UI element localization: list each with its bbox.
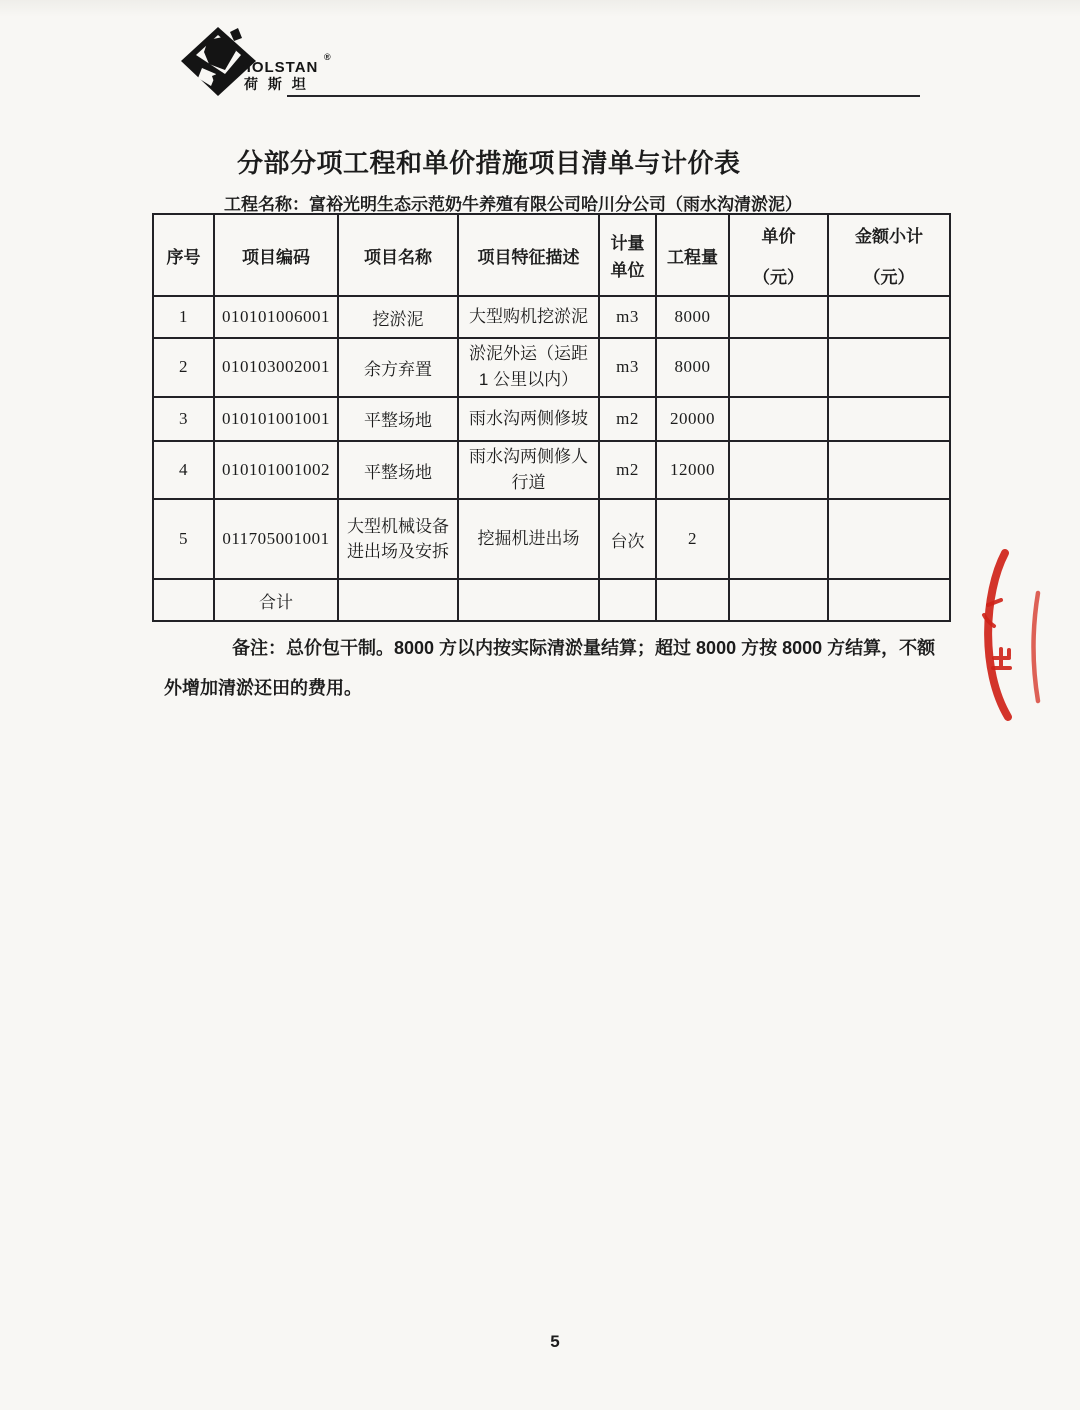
cell-subtotal: [828, 397, 950, 441]
cell-seq: 4: [153, 441, 214, 500]
cell-item-code: 010103002001: [214, 338, 338, 397]
cell-item-name: 大型机械设备进出场及安拆: [338, 499, 458, 579]
cell-unit: m3: [599, 296, 656, 338]
cell-seq: 5: [153, 499, 214, 579]
logo-registered-mark: ®: [324, 52, 331, 62]
cell-unit: m2: [599, 441, 656, 500]
cell-item-name: [338, 579, 458, 621]
remarks-line-1: 备注：总价包干制。8000 方以内按实际清淤量结算；超过 8000 方按 800…: [164, 628, 964, 668]
table-header-row: 序号 项目编码 项目名称 项目特征描述 计量单位 工程量 单价（元） 金额小计（…: [153, 214, 950, 296]
cell-item-name: 挖淤泥: [338, 296, 458, 338]
holstan-logo: HOLSTAN ® 荷 斯 坦: [178, 24, 398, 102]
table-row: 3 010101001001 平整场地 雨水沟两侧修坡 m2 20000: [153, 397, 950, 441]
page-number: 5: [0, 1332, 1080, 1352]
scanned-document-page: HOLSTAN ® 荷 斯 坦 分部分项工程和单价措施项目清单与计价表 工程名称…: [0, 0, 1080, 1410]
table-row: 5 011705001001 大型机械设备进出场及安拆 挖掘机进出场 台次 2: [153, 499, 950, 579]
cell-subtotal: [828, 296, 950, 338]
col-header-item-name: 项目名称: [338, 214, 458, 296]
cell-item-name: 平整场地: [338, 397, 458, 441]
logo-brand-text: HOLSTAN: [240, 59, 318, 76]
col-header-quantity: 工程量: [656, 214, 729, 296]
table-row: 2 010103002001 余方弃置 淤泥外运（运距 1 公里以内） m3 8…: [153, 338, 950, 397]
project-name-label: 工程名称：: [224, 195, 309, 214]
col-header-feature-desc: 项目特征描述: [458, 214, 599, 296]
cell-quantity: 2: [656, 499, 729, 579]
col-header-subtotal: 金额小计（元）: [828, 214, 950, 296]
logo-chinese-text: 荷 斯 坦: [244, 76, 309, 92]
cell-subtotal: [828, 338, 950, 397]
col-header-unit: 计量单位: [599, 214, 656, 296]
cell-unit: [599, 579, 656, 621]
cell-unit-price: [729, 338, 828, 397]
document-title: 分部分项工程和单价措施项目清单与计价表: [237, 143, 741, 180]
cell-subtotal: [828, 499, 950, 579]
cell-seq: 3: [153, 397, 214, 441]
cell-unit-price: [729, 579, 828, 621]
table-total-row: 合计: [153, 579, 950, 621]
cell-quantity: 12000: [656, 441, 729, 500]
cell-feature-desc: 大型购机挖淤泥: [458, 296, 599, 338]
cell-item-name: 平整场地: [338, 441, 458, 500]
cell-item-name: 余方弃置: [338, 338, 458, 397]
cell-subtotal: [828, 441, 950, 500]
cell-item-code: 011705001001: [214, 499, 338, 579]
cell-feature-desc: 挖掘机进出场: [458, 499, 599, 579]
cell-unit-price: [729, 296, 828, 338]
cell-quantity: [656, 579, 729, 621]
cell-total-label: 合计: [214, 579, 338, 621]
boq-pricing-table: 序号 项目编码 项目名称 项目特征描述 计量单位 工程量 单价（元） 金额小计（…: [152, 213, 951, 622]
cell-unit-price: [729, 397, 828, 441]
cell-subtotal: [828, 579, 950, 621]
project-name-line: 工程名称：富裕光明生态示范奶牛养殖有限公司哈川分公司（雨水沟清淤泥）: [224, 190, 802, 215]
cell-seq: 1: [153, 296, 214, 338]
cell-quantity: 8000: [656, 296, 729, 338]
cell-feature-desc: 雨水沟两侧修人行道: [458, 441, 599, 500]
project-name-value: 富裕光明生态示范奶牛养殖有限公司哈川分公司（雨水沟清淤泥）: [309, 195, 802, 214]
cell-item-code: 010101001002: [214, 441, 338, 500]
col-header-item-code: 项目编码: [214, 214, 338, 296]
remarks-line-2: 外增加清淤还田的费用。: [164, 668, 964, 708]
cell-seq: 2: [153, 338, 214, 397]
cell-quantity: 20000: [656, 397, 729, 441]
cell-unit: m3: [599, 338, 656, 397]
cell-unit-price: [729, 441, 828, 500]
letterhead-divider: [287, 95, 920, 97]
col-header-seq: 序号: [153, 214, 214, 296]
cell-seq: [153, 579, 214, 621]
red-seal-stamp-icon: [963, 545, 1058, 725]
cell-quantity: 8000: [656, 338, 729, 397]
cell-unit-price: [729, 499, 828, 579]
table-row: 1 010101006001 挖淤泥 大型购机挖淤泥 m3 8000: [153, 296, 950, 338]
cell-feature-desc: [458, 579, 599, 621]
col-header-unit-price: 单价（元）: [729, 214, 828, 296]
remarks-note: 备注：总价包干制。8000 方以内按实际清淤量结算；超过 8000 方按 800…: [164, 628, 964, 708]
cell-feature-desc: 雨水沟两侧修坡: [458, 397, 599, 441]
table-row: 4 010101001002 平整场地 雨水沟两侧修人行道 m2 12000: [153, 441, 950, 500]
cell-feature-desc: 淤泥外运（运距 1 公里以内）: [458, 338, 599, 397]
cell-item-code: 010101006001: [214, 296, 338, 338]
cell-item-code: 010101001001: [214, 397, 338, 441]
cell-unit: 台次: [599, 499, 656, 579]
cell-unit: m2: [599, 397, 656, 441]
